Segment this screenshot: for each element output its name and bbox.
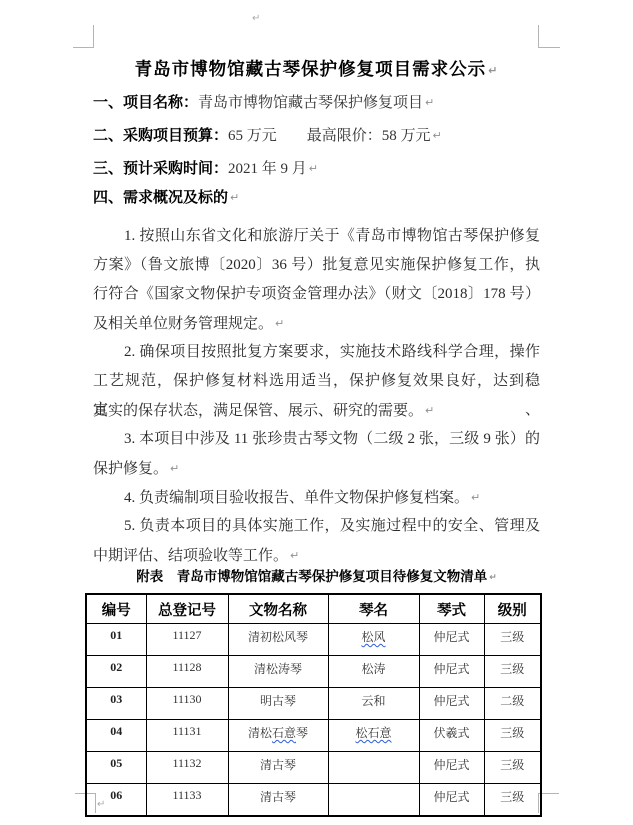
cell-text: 仲尼式 [433,758,469,772]
table-cell: 松涛 [328,656,419,688]
table-header-row: 编号总登记号文物名称琴名琴式级别 [86,594,541,624]
cell-text: 三级 [500,726,524,740]
cell-text: 琴 [296,726,308,740]
table-cell: 三级 [484,624,541,656]
cell-text: 仲尼式 [433,694,469,708]
paragraph-mark: ↵ [275,317,284,330]
table-header-cell: 编号 [86,594,146,624]
cell-text: 三级 [500,662,524,676]
cell-text: 11128 [172,660,201,674]
spellcheck-flagged-text: 松风 [361,630,385,644]
cell-text: 02 [110,660,122,674]
table-cell: 05 [86,752,146,784]
table-row: 0511132清古琴仲尼式三级 [86,752,541,784]
document-title: 青岛市博物馆藏古琴保护修复项目需求公示↵ [0,56,633,81]
table-cell: 伏羲式 [419,720,484,752]
paragraph-line: 保护修复。↵ [93,454,540,483]
table-cell: 11130 [146,688,228,720]
paragraph-line: 行符合《国家文物保护专项资金管理办法》（财文〔2018〕178 号） [93,280,540,309]
document-title-text: 青岛市博物馆藏古琴保护修复项目需求公示 [135,59,487,79]
table-cell: 三级 [484,752,541,784]
section-line-requirements-heading: 四、需求概况及标的↵ [93,186,553,207]
relics-table: 编号总登记号文物名称琴名琴式级别 0111127清初松风琴松风仲尼式三级0211… [85,593,542,817]
table-cell: 11127 [146,624,228,656]
table-cell: 三级 [484,784,541,817]
section-value: 青岛市博物馆藏古琴保护修复项目 [198,95,423,111]
paragraph-line: 3. 本项目中涉及 11 张珍贵古琴文物（二级 2 张，三级 9 张）的 [93,425,540,454]
table-cell: 04 [86,720,146,752]
table-cell: 03 [86,688,146,720]
table-row: 0111127清初松风琴松风仲尼式三级 [86,624,541,656]
cell-text: 11132 [172,756,201,770]
spellcheck-flagged-text: 石意 [272,726,296,740]
body-paragraph: 1. 按照山东省文化和旅游厅关于《青岛市博物馆古琴保护修复方案》（鲁文旅博〔20… [93,222,540,338]
body-paragraph: 4. 负责编制项目验收报告、单件文物保护修复档案。↵ [93,483,540,512]
table-cell [328,752,419,784]
table-header-cell: 琴名 [328,594,419,624]
table-cell: 二级 [484,688,541,720]
section-label: 一、项目名称： [93,95,198,111]
spellcheck-flagged-text: 松石意 [355,726,391,740]
section-line-budget: 二、采购项目预算：65 万元最高限价：58 万元↵ [93,124,553,145]
paragraph-mark: ↵ [489,573,497,583]
appendix-caption: 附表 青岛市博物馆馆藏古琴保护修复项目待修复文物清单↵ [0,565,633,585]
table-cell: 06 [86,784,146,817]
cell-text: 三级 [500,758,524,772]
cell-text: 05 [110,756,122,770]
table-cell: 清古琴 [228,752,328,784]
appendix-caption-text: 附表 青岛市博物馆馆藏古琴保护修复项目待修复文物清单 [136,569,487,584]
paragraph-mark: ↵ [488,64,498,77]
table-cell: 清古琴 [228,784,328,817]
paragraph-line: 2. 确保项目按照批复方案要求，实施技术路线科学合理，操作 [93,338,540,367]
table-header-cell: 总登记号 [146,594,228,624]
text-boundary-mark-top-right [538,25,560,48]
table-row: 0611133清古琴仲尼式三级 [86,784,541,817]
body-paragraph: 2. 确保项目按照批复方案要求，实施技术路线科学合理，操作工艺规范，保护修复材料… [93,338,540,425]
paragraph-mark: ↵ [170,462,179,475]
section-label: 四、需求概况及标的 [93,190,228,206]
paragraph-line: 5. 负责本项目的具体实施工作，及实施过程中的安全、管理及 [93,512,540,541]
section-line-project-name: 一、项目名称：青岛市博物馆藏古琴保护修复项目↵ [93,91,553,112]
table-cell: 明古琴 [228,688,328,720]
table-cell: 仲尼式 [419,656,484,688]
body-paragraphs: 1. 按照山东省文化和旅游厅关于《青岛市博物馆古琴保护修复方案》（鲁文旅博〔20… [93,222,540,570]
cell-text: 06 [110,788,122,802]
table-row: 0411131清松石意琴松石意伏羲式三级 [86,720,541,752]
cell-text: 三级 [500,630,524,644]
cell-text: 03 [110,692,122,706]
table-cell: 01 [86,624,146,656]
paragraph-mark: ↵ [433,129,442,142]
paragraph-mark: ↵ [252,13,260,24]
table-row: 0311130明古琴云和仲尼式二级 [86,688,541,720]
paragraph-mark: ↵ [471,491,480,504]
section-label: 二、采购项目预算： [93,128,228,144]
section-value-secondary: 最高限价：58 万元 [307,128,431,144]
table-cell: 三级 [484,720,541,752]
cell-text: 11131 [172,724,201,738]
paragraph-line: 及相关单位财务管理规定。↵ [93,309,540,338]
cell-text: 伏羲式 [433,726,469,740]
cell-text: 11130 [172,692,201,706]
body-paragraph: 3. 本项目中涉及 11 张珍贵古琴文物（二级 2 张，三级 9 张）的保护修复… [93,425,540,483]
paragraph-mark: ↵ [425,404,434,417]
table-cell: 02 [86,656,146,688]
table-cell [328,784,419,817]
section-label: 三、预计采购时间： [93,161,228,177]
cell-text: 清古琴 [260,790,296,804]
text-boundary-mark-top-left [73,25,94,48]
paragraph-mark: ↵ [309,162,318,175]
cell-text: 01 [110,628,122,642]
paragraph-mark: ↵ [425,96,434,109]
cell-text: 清初松风琴 [248,630,308,644]
cell-text: 仲尼式 [433,790,469,804]
cell-text: 清古琴 [260,758,296,772]
cell-text: 清松 [248,726,272,740]
table-cell: 三级 [484,656,541,688]
table-cell: 11132 [146,752,228,784]
table-cell: 松风 [328,624,419,656]
cell-text: 11127 [172,628,201,642]
cell-text: 二级 [500,694,524,708]
cell-text: 仲尼式 [433,662,469,676]
table-header-cell: 文物名称 [228,594,328,624]
table-cell: 清松石意琴 [228,720,328,752]
cell-text: 仲尼式 [433,630,469,644]
cell-text: 11133 [172,788,201,802]
table-cell: 清初松风琴 [228,624,328,656]
cell-text: 清松涛琴 [254,662,302,676]
table-header-cell: 级别 [484,594,541,624]
table-cell: 11128 [146,656,228,688]
section-value: 65 万元 [228,128,277,144]
cell-text: 明古琴 [260,694,296,708]
table-cell: 11133 [146,784,228,817]
section-value: 2021 年 9 月 [228,161,307,177]
paragraph-line: 4. 负责编制项目验收报告、单件文物保护修复档案。↵ [93,483,540,512]
table-cell: 仲尼式 [419,784,484,817]
paragraph-mark: ↵ [290,549,299,562]
table-cell: 仲尼式 [419,752,484,784]
table-cell: 云和 [328,688,419,720]
table-row: 0211128清松涛琴松涛仲尼式三级 [86,656,541,688]
table-cell: 松石意 [328,720,419,752]
paragraph-mark: ↵ [230,191,239,204]
table-header-cell: 琴式 [419,594,484,624]
cell-text: 04 [110,724,122,738]
document-page: ↵ ↵ 青岛市博物馆藏古琴保护修复项目需求公示↵ 一、项目名称：青岛市博物馆藏古… [0,0,633,825]
body-paragraph: 5. 负责本项目的具体实施工作，及实施过程中的安全、管理及中期评估、结项验收等工… [93,512,540,570]
table-cell: 仲尼式 [419,624,484,656]
cell-text: 三级 [500,790,524,804]
cell-text: 松涛 [361,662,385,676]
section-line-purchase-time: 三、预计采购时间：2021 年 9 月↵ [93,157,553,178]
table-cell: 清松涛琴 [228,656,328,688]
table-cell: 仲尼式 [419,688,484,720]
cell-text: 云和 [361,694,385,708]
paragraph-line: 方案》（鲁文旅博〔2020〕36 号）批复意见实施保护修复工作，执 [93,251,540,280]
table-cell: 11131 [146,720,228,752]
paragraph-line: 工艺规范，保护修复材料选用适当，保护修复效果良好，达到稳定、 [93,367,540,396]
paragraph-line: 1. 按照山东省文化和旅游厅关于《青岛市博物馆古琴保护修复 [93,222,540,251]
